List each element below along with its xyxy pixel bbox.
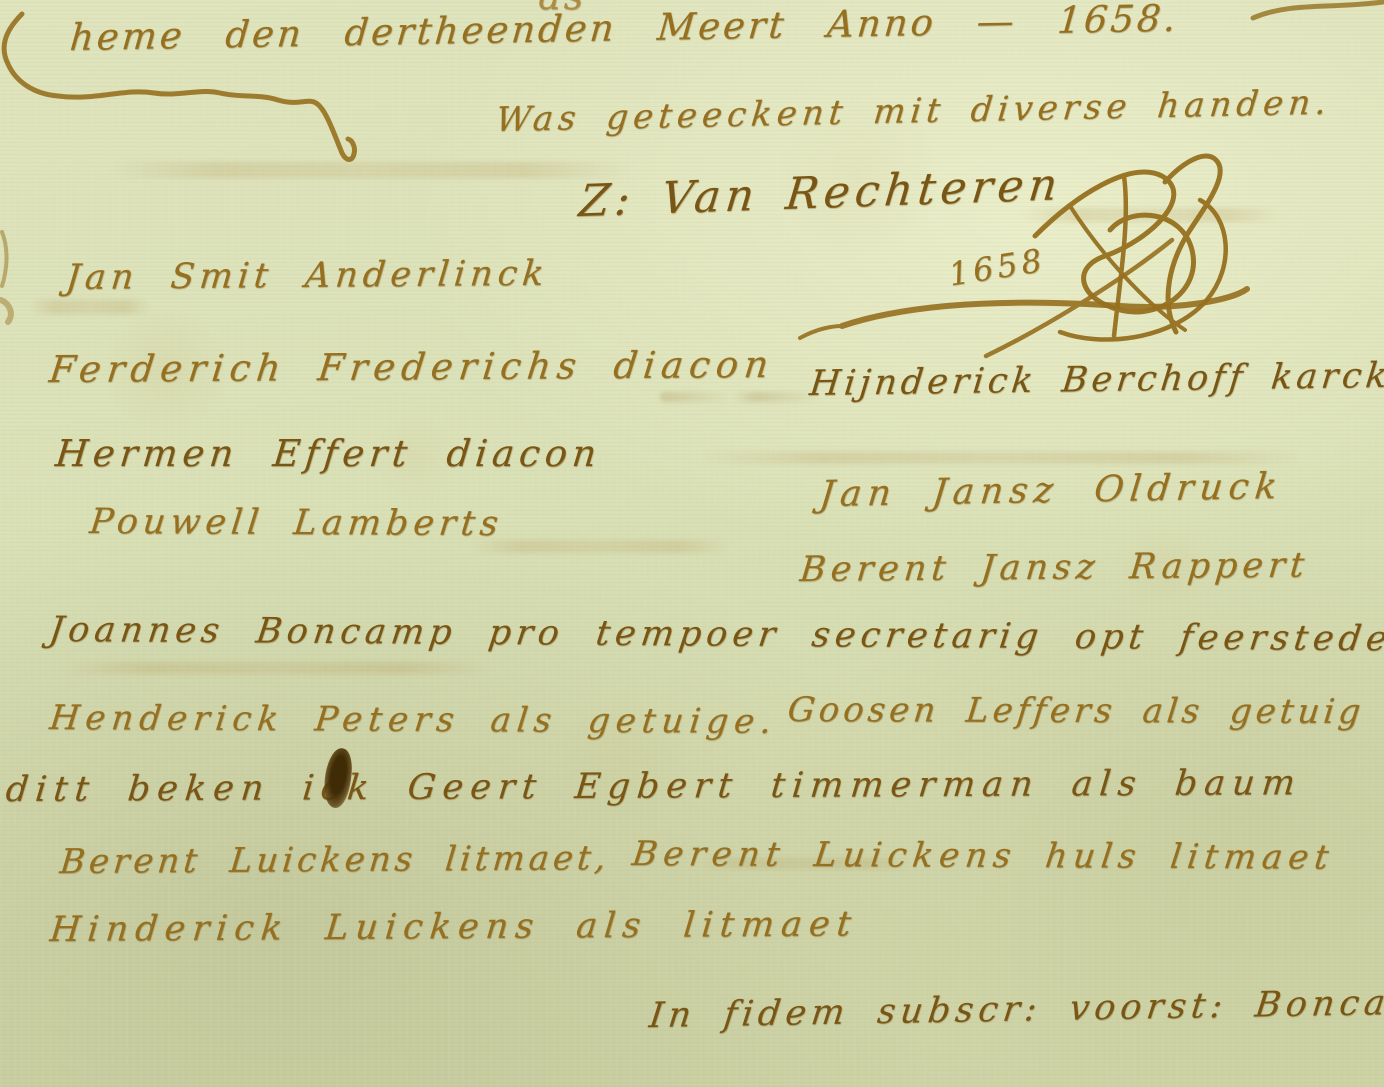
member-line-last: Hinderick Luickens als litmaet (48, 904, 860, 950)
edge-mark-left (2, 232, 7, 286)
signature-paraph (1035, 156, 1226, 339)
right-column-name-2: Jan Jansz Oldruck (818, 466, 1285, 515)
bleedthrough-smudge (470, 540, 730, 553)
attestation-line: Was geteeckent mit diverse handen. (494, 83, 1333, 141)
acknowledgement-line: ditt beken ick Geert Egbert timmerman al… (4, 763, 1304, 810)
bleedthrough-smudge (110, 162, 630, 178)
manuscript-page: as heme den dertheenden Meert Anno — 165… (0, 0, 1384, 1087)
left-column-name-2: Ferderich Frederichs diacon (47, 343, 777, 391)
bleedthrough-smudge (30, 300, 150, 314)
witness-line-left: Henderick Peters als getuige. (48, 698, 780, 742)
date-line: heme den dertheenden Meert Anno — 1658. (68, 0, 1180, 59)
signature-year: 1658 (946, 241, 1048, 294)
secretary-line: Joannes Boncamp pro tempoer secretarig o… (47, 610, 1384, 660)
witness-line-right: Goosen Leffers als getuig (786, 690, 1367, 732)
right-column-name-3: Berent Jansz Rappert (798, 546, 1311, 590)
right-column-name-1: Hijnderick Berchoff karckuur (808, 355, 1384, 404)
edge-mark-left (1, 300, 11, 322)
member-line-left: Berent Luickens litmaet, (58, 838, 612, 882)
left-column-name-3: Hermen Effert diacon (53, 432, 603, 475)
member-line-right: Berent Luickens huls litmaet (630, 834, 1337, 878)
bleedthrough-smudge (660, 392, 820, 402)
bleedthrough-smudge (60, 662, 490, 674)
left-column-name-4: Pouwell Lamberts (88, 502, 506, 544)
left-column-name-1: Jan Smit Anderlinck (64, 254, 550, 298)
signature-name: Z: Van Rechteren (577, 159, 1065, 227)
edge-stroke-top-right (1253, 2, 1383, 18)
bleedthrough-smudge (700, 452, 1300, 464)
closing-line: In fidem subscr: voorst: Boncamp (647, 982, 1384, 1036)
